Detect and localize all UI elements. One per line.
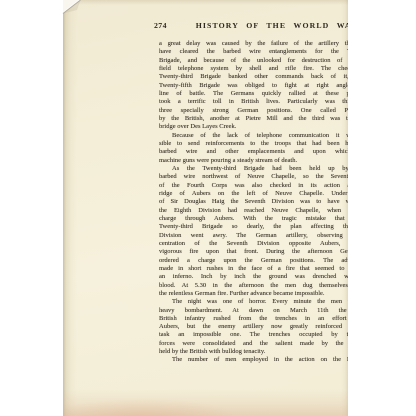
text-line: the relentless German fire. Further adva… <box>159 290 381 298</box>
page-number: 274 <box>154 21 167 30</box>
text-line: sible to send reinforcements to the troo… <box>159 140 381 148</box>
text-line: centration of the Seventh Division oppos… <box>159 240 381 248</box>
page-header: 274 HISTORY OF THE WORLD WAR <box>159 21 381 32</box>
text-line: British infantry rushed from the trenche… <box>159 315 381 323</box>
text-line: Twenty-fifth Brigade was obliged to figh… <box>159 82 381 90</box>
text-line: heavy bombardment. At dawn on March 11th… <box>159 307 381 315</box>
book-page: 274 HISTORY OF THE WORLD WAR a great del… <box>63 0 348 416</box>
text-line: a great delay was caused by the failure … <box>159 40 381 48</box>
text-line: line of battle. The Germans quickly rall… <box>159 90 381 98</box>
page-title: HISTORY OF THE WORLD WAR <box>159 21 381 30</box>
text-line: blood. At 5.30 in the afternoon the men … <box>159 282 381 290</box>
text-line: Twenty-third Brigade so dearly, the plan… <box>159 223 381 231</box>
text-line: Aubers, but the enemy artillery now grea… <box>159 323 381 331</box>
text-line: took a terrific toll in British lives. P… <box>159 98 381 106</box>
text-line: have cleared the barbed wire entanglemen… <box>159 48 381 56</box>
folded-corner-icon <box>62 0 82 15</box>
text-line: As the Twenty-third Brigade had been hel… <box>159 165 381 173</box>
text-line: bridge over Des Layes Creek. <box>159 123 381 131</box>
text-line: of the Fourth Corps was also checked in … <box>159 182 381 190</box>
text-line: three specially strong German positions.… <box>159 107 381 115</box>
text-line: vigorous fire upon that front. During th… <box>159 248 381 256</box>
text-line: Brigade, and because of the unlooked for… <box>159 57 381 65</box>
text-line: an inferno. Inch by inch the ground was … <box>159 273 381 281</box>
text-line: field telephone system by shell and rifl… <box>159 65 381 73</box>
text-line: charge through Aubers. With the tragic m… <box>159 215 381 223</box>
text-line: barbed wire and other emplacements and u… <box>159 148 381 156</box>
text-line: of Sir Douglas Haig the Seventh Division… <box>159 198 381 206</box>
text-line: The number of men employed in the action… <box>159 356 381 364</box>
text-line: the Eighth Division had reached Neuve Ch… <box>159 207 381 215</box>
scan-background: 274 HISTORY OF THE WORLD WAR a great del… <box>0 0 416 416</box>
text-line: task an impossible one. The trenches occ… <box>159 331 381 339</box>
text-line: Twenty-third Brigade banked other comman… <box>159 73 381 81</box>
text-line: Because of the lack of telephone communi… <box>159 132 381 140</box>
text-line: machine guns were pouring a steady strea… <box>159 157 381 165</box>
text-line: by the British, another at Pietre Mill a… <box>159 115 381 123</box>
page-body: a great delay was caused by the failure … <box>159 40 381 365</box>
text-line: Division went awry. The German artillery… <box>159 232 381 240</box>
text-line: ordered a charge upon the German positio… <box>159 257 381 265</box>
text-line: held by the British with bulldog tenacit… <box>159 348 381 356</box>
text-line: made in short rushes in the face of a fi… <box>159 265 381 273</box>
text-line: The night was one of horror. Every minut… <box>159 298 381 306</box>
text-line: barbed wire northwest of Neuve Chapelle,… <box>159 173 381 181</box>
text-line: forces were consolidated and the salient… <box>159 340 381 348</box>
text-line: ridge of Aubers on the left of Neuve Cha… <box>159 190 381 198</box>
